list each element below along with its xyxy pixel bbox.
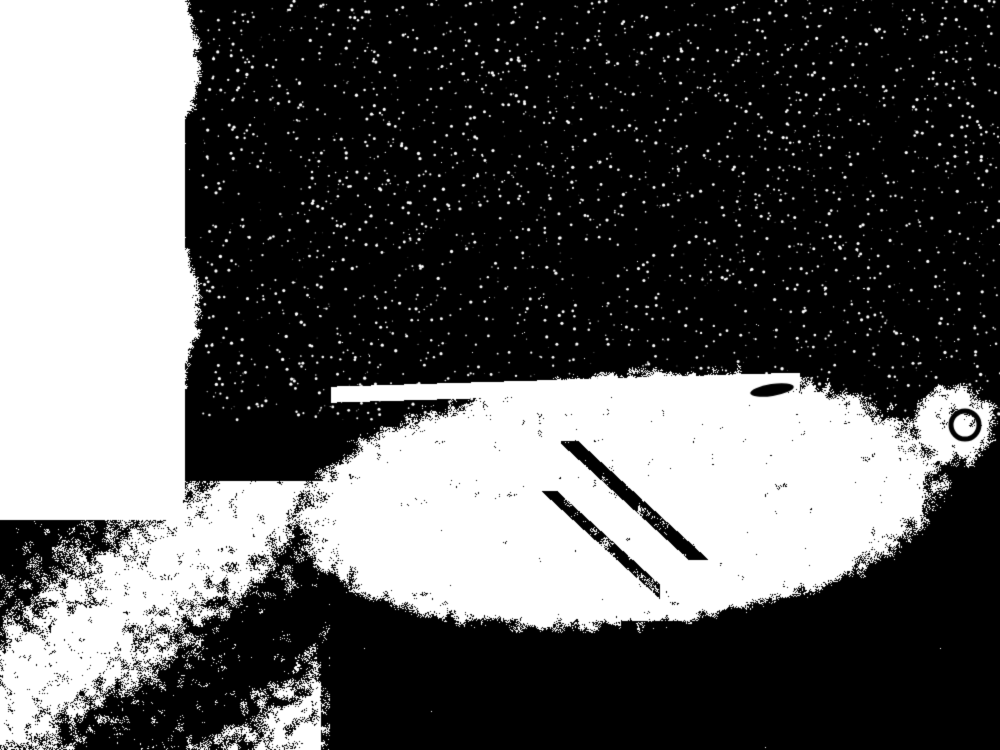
natural-image-scene: High-contrast grainy black-and-white ima…: [0, 0, 1000, 750]
grainy-animal-image: [0, 0, 1000, 750]
